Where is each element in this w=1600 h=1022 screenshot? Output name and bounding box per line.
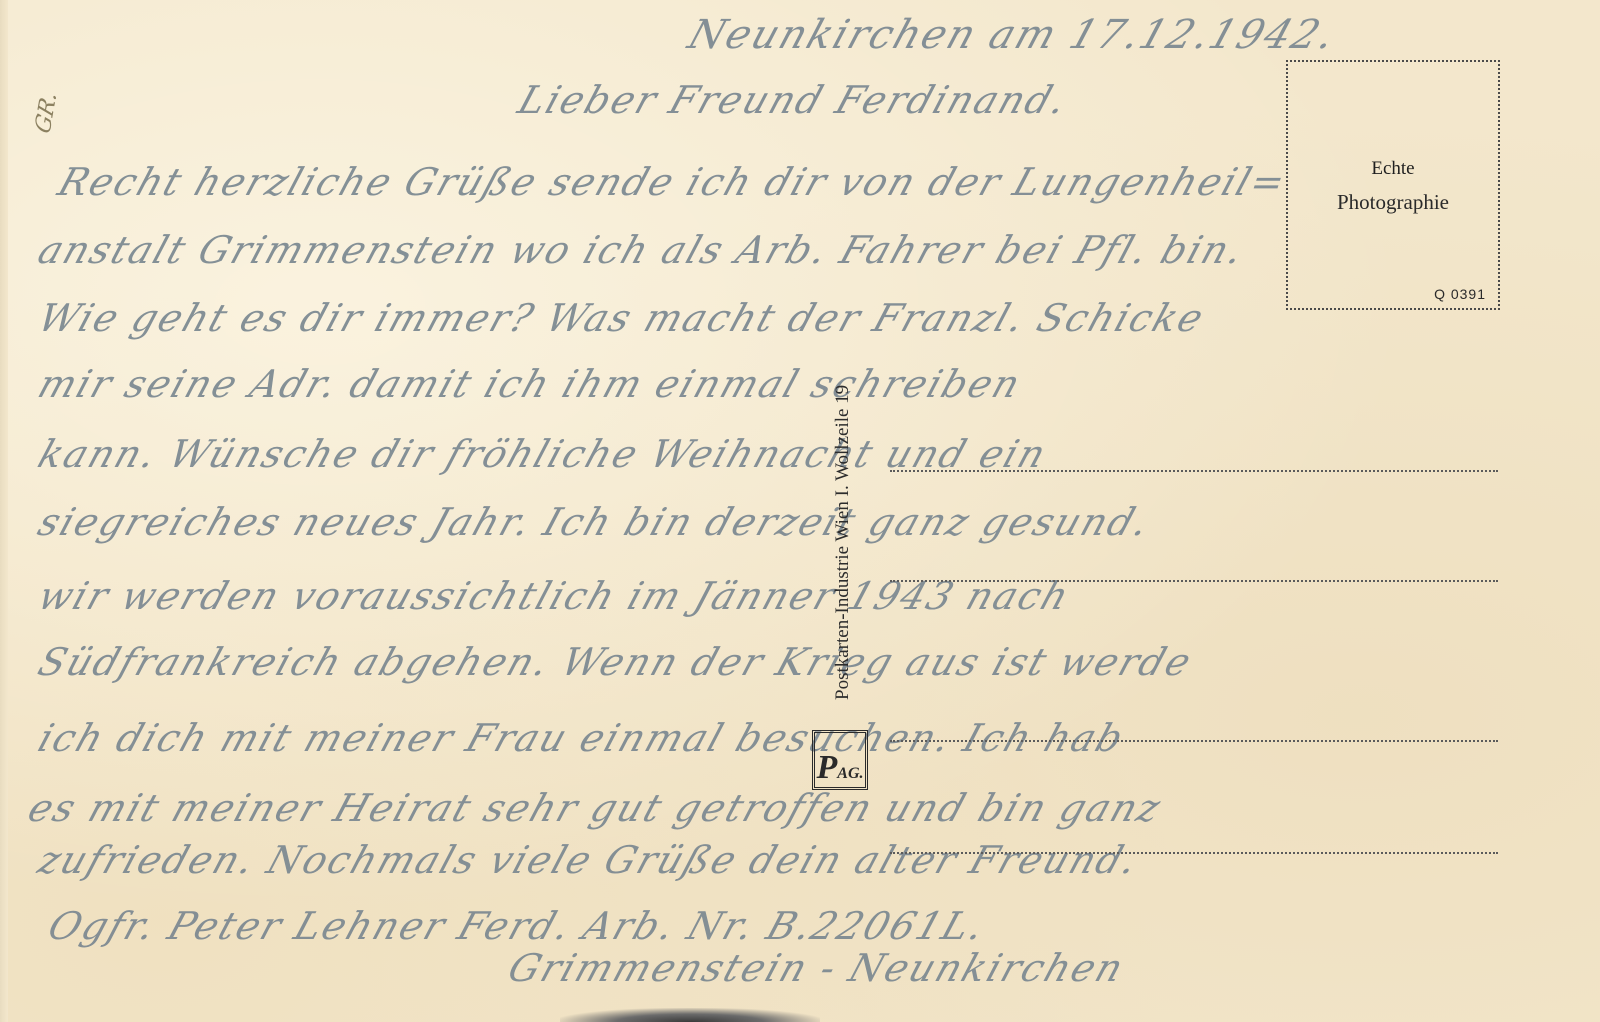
- scan-edge-shadow: [560, 1008, 820, 1022]
- salutation: Lieber Freund Ferdinand.: [513, 78, 1074, 122]
- stamp-box: Echte Photographie Q 0391: [1286, 60, 1500, 310]
- letter-line: mir seine Adr. damit ich ihm einmal schr…: [33, 362, 1027, 406]
- letter-line: zufrieden. Nochmals viele Grüße dein alt…: [33, 838, 1145, 882]
- letter-line: Südfrankreich abgehen. Wenn der Krieg au…: [33, 640, 1198, 684]
- letter-line: Recht herzliche Grüße sende ich dir von …: [53, 160, 1293, 204]
- address-line: [890, 580, 1498, 582]
- letter-line: siegreiches neues Jahr. Ich bin derzeit …: [33, 500, 1156, 544]
- postcard-back: GR. Neunkirchen am 17.12.1942. Lieber Fr…: [0, 0, 1600, 1022]
- letter-line: anstalt Grimmenstein wo ich als Arb. Fah…: [33, 228, 1251, 272]
- pencil-note: GR.: [31, 88, 62, 137]
- stamp-code: Q 0391: [1434, 286, 1486, 302]
- logo-subtext: AG.: [837, 766, 863, 782]
- logo-letter: P: [817, 751, 838, 785]
- address-line: [890, 852, 1498, 854]
- address-line: [890, 470, 1498, 472]
- stamp-label-photographie: Photographie: [1288, 190, 1498, 215]
- publisher-imprint: Postkarten-Industrie Wien I. Wollzeile 1…: [832, 385, 854, 700]
- card-edge: [0, 0, 8, 1022]
- place-date: Neunkirchen am 17.12.1942.: [683, 12, 1343, 58]
- signature-line: Ogfr. Peter Lehner Ferd. Arb. Nr. B.2206…: [43, 904, 992, 948]
- stamp-label-echte: Echte: [1288, 158, 1498, 180]
- letter-line: Wie geht es dir immer? Was macht der Fra…: [33, 296, 1211, 340]
- address-line: [890, 740, 1498, 742]
- letter-line: ich dich mit meiner Frau einmal besuchen…: [33, 716, 1131, 760]
- publisher-logo: P AG.: [812, 730, 868, 790]
- closing-place: Grimmenstein - Neunkirchen: [503, 946, 1131, 990]
- letter-line: es mit meiner Heirat sehr gut getroffen …: [23, 786, 1168, 830]
